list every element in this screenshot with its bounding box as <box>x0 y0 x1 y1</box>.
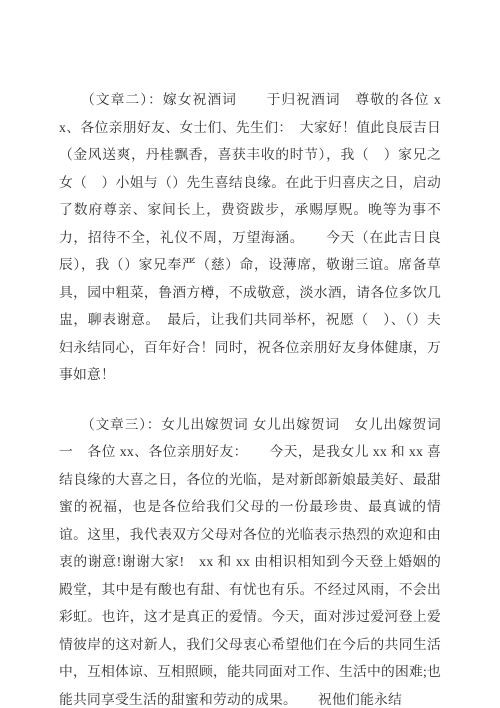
paragraph-article-2: （文章二）：嫁女祝酒词 于归祝酒词 尊敬的各位 xx、各位亲朋好友、女士们、先生… <box>59 86 441 389</box>
paragraph-article-3: （文章三）：女儿出嫁贺词 女儿出嫁贺词 女儿出嫁贺词一 各位 xx、各位亲朋好友… <box>59 411 441 708</box>
document-page: （文章二）：嫁女祝酒词 于归祝酒词 尊敬的各位 xx、各位亲朋好友、女士们、先生… <box>0 0 500 708</box>
document-body: （文章二）：嫁女祝酒词 于归祝酒词 尊敬的各位 xx、各位亲朋好友、女士们、先生… <box>59 86 441 708</box>
